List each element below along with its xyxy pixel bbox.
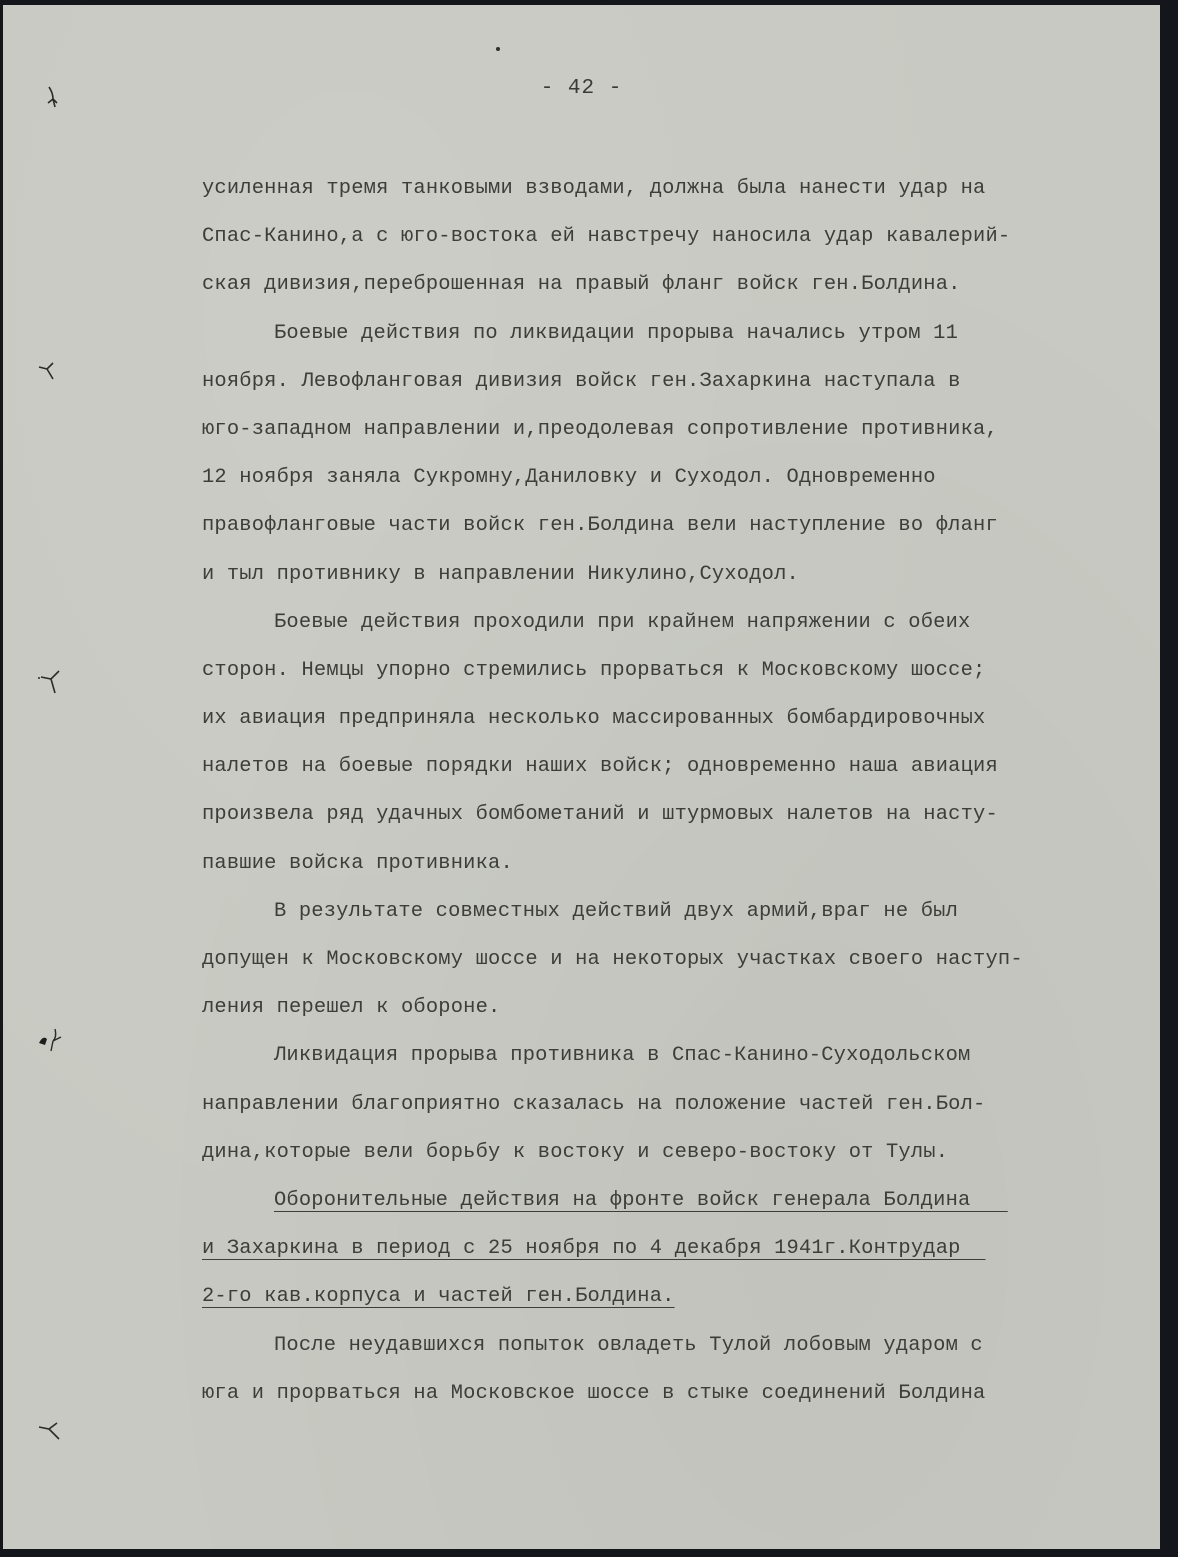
text-line: сторон. Немцы упорно стремились прорвать… [202, 647, 1152, 695]
text-line: правофланговые части войск ген.Болдина в… [202, 502, 1152, 550]
line-text: сторон. Немцы упорно стремились прорвать… [202, 659, 986, 682]
punch-hole-icon [41, 85, 69, 113]
line-text: ская дивизия,переброшенная на правый фла… [202, 273, 961, 296]
text-line: ноября. Левофланговая дивизия войск ген.… [202, 358, 1152, 406]
line-text: ления перешел к обороне. [202, 996, 500, 1019]
text-line: павшие войска противника. [202, 840, 1152, 888]
line-text: и тыл противнику в направлении Никулино,… [202, 563, 799, 586]
text-line: юго-западном направлении и,преодолевая с… [202, 406, 1152, 454]
line-text: и Захаркина в период с 25 ноября по 4 де… [202, 1237, 986, 1260]
text-line: ская дивизия,переброшенная на правый фла… [202, 261, 1152, 309]
punch-hole-icon [35, 1025, 63, 1053]
section-heading-line: и Захаркина в период с 25 ноября по 4 де… [202, 1225, 1152, 1273]
text-line: Боевые действия по ликвидации прорыва на… [202, 310, 1152, 358]
text-line: допущен к Московскому шоссе и на некотор… [202, 936, 1152, 984]
line-text: В результате совместных действий двух ар… [274, 900, 958, 923]
line-text: юга и прорваться на Московское шоссе в с… [202, 1382, 986, 1405]
line-text: 12 ноября заняла Сукромну,Даниловку и Су… [202, 466, 936, 489]
section-heading-line: 2-го кав.корпуса и частей ген.Болдина. [202, 1273, 1152, 1321]
line-text: Ликвидация прорыва противника в Спас-Кан… [274, 1044, 970, 1067]
text-line: Спас-Канино,а с юго-востока ей навстречу… [202, 213, 1152, 261]
body-text: усиленная тремя танковыми взводами, долж… [202, 165, 1152, 1418]
text-line: и тыл противнику в направлении Никулино,… [202, 551, 1152, 599]
line-text: юго-западном направлении и,преодолевая с… [202, 418, 998, 441]
text-line: юга и прорваться на Московское шоссе в с… [202, 1370, 1152, 1418]
line-text: Боевые действия проходили при крайнем на… [274, 611, 970, 634]
line-text: ноября. Левофланговая дивизия войск ген.… [202, 370, 961, 393]
line-text: направлении благоприятно сказалась на по… [202, 1093, 986, 1116]
line-text: Спас-Канино,а с юго-востока ей навстречу… [202, 225, 1010, 248]
text-line: произвела ряд удачных бомбометаний и шту… [202, 791, 1152, 839]
line-text: налетов на боевые порядки наших войск; о… [202, 755, 998, 778]
text-line: налетов на боевые порядки наших войск; о… [202, 743, 1152, 791]
text-line: После неудавшихся попыток овладеть Тулой… [202, 1322, 1152, 1370]
ink-dot [496, 47, 500, 51]
line-text: допущен к Московскому шоссе и на некотор… [202, 948, 1023, 971]
page-number: - 42 - [3, 77, 1160, 100]
line-text: дина,которые вели борьбу к востоку и сев… [202, 1141, 948, 1164]
text-line: Боевые действия проходили при крайнем на… [202, 599, 1152, 647]
text-line: их авиация предприняла несколько массиро… [202, 695, 1152, 743]
line-text: павшие войска противника. [202, 852, 513, 875]
text-line: дина,которые вели борьбу к востоку и сев… [202, 1129, 1152, 1177]
punch-hole-icon [37, 667, 65, 695]
line-text: усиленная тремя танковыми взводами, долж… [202, 177, 986, 200]
text-line: усиленная тремя танковыми взводами, долж… [202, 165, 1152, 213]
punch-hole-icon [37, 1415, 65, 1443]
section-heading-line: Оборонительные действия на фронте войск … [202, 1177, 1152, 1225]
document-page: - 42 - усиленная тремя танковыми взводам… [3, 5, 1160, 1549]
text-line: 12 ноября заняла Сукромну,Даниловку и Су… [202, 454, 1152, 502]
text-line: Ликвидация прорыва противника в Спас-Кан… [202, 1032, 1152, 1080]
line-text: После неудавшихся попыток овладеть Тулой… [274, 1334, 983, 1357]
line-text: Оборонительные действия на фронте войск … [274, 1189, 1008, 1212]
text-line: направлении благоприятно сказалась на по… [202, 1081, 1152, 1129]
line-text: Боевые действия по ликвидации прорыва на… [274, 322, 958, 345]
line-text: их авиация предприняла несколько массиро… [202, 707, 986, 730]
text-line: ления перешел к обороне. [202, 984, 1152, 1032]
line-text: 2-го кав.корпуса и частей ген.Болдина. [202, 1285, 675, 1308]
line-text: произвела ряд удачных бомбометаний и шту… [202, 803, 998, 826]
text-line: В результате совместных действий двух ар… [202, 888, 1152, 936]
punch-hole-icon [33, 355, 61, 383]
line-text: правофланговые части войск ген.Болдина в… [202, 514, 998, 537]
